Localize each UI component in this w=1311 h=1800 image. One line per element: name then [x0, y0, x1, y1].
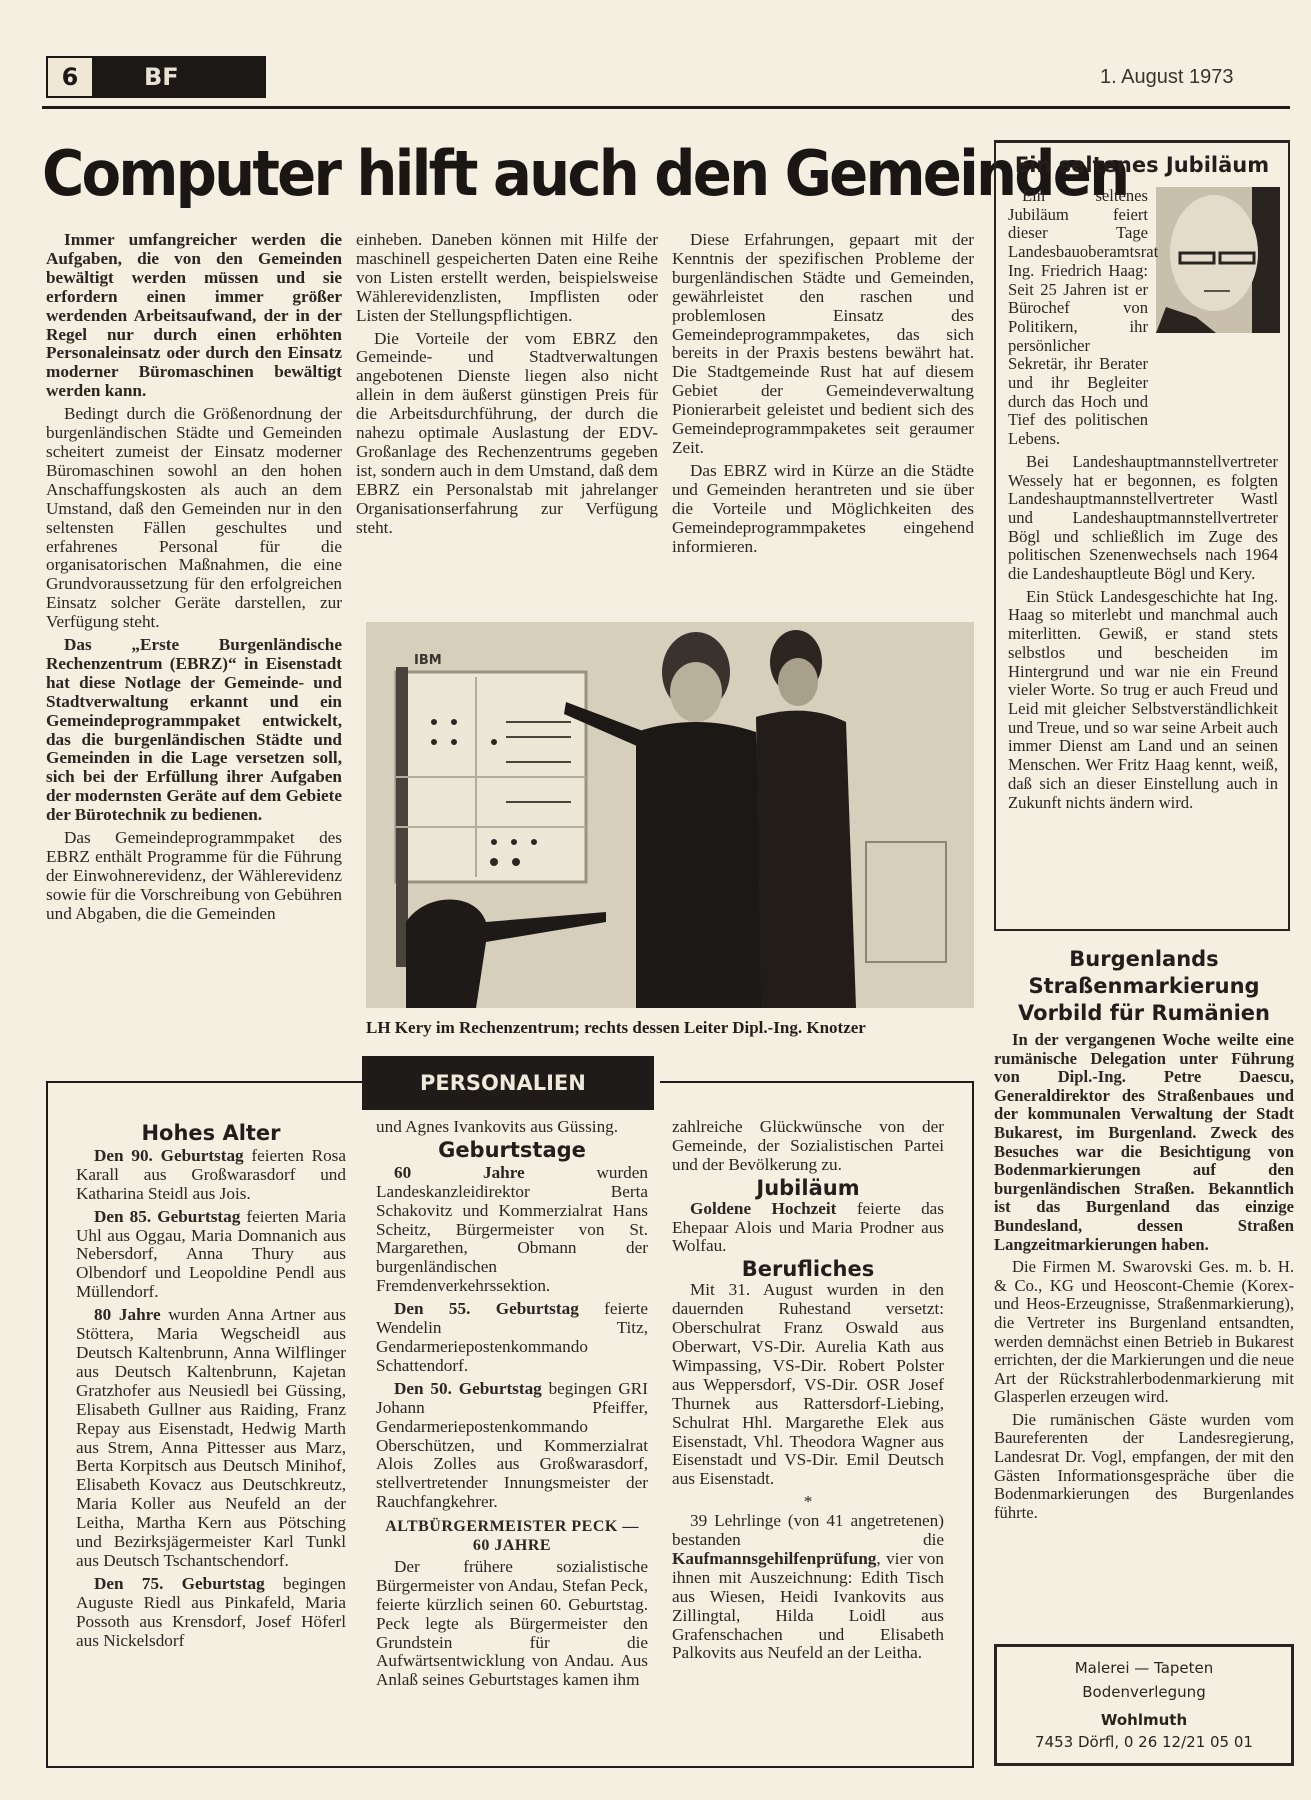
personalien-column-2: und Agnes Ivankovits aus Güssing. Geburt… — [376, 1118, 648, 1694]
article-column-1: Immer umfangreicher werden die Aufgaben,… — [46, 231, 342, 928]
label-85: Den 85. Geburtstag — [94, 1207, 240, 1226]
article-lead: Immer umfangreicher werden die Aufgaben,… — [46, 231, 342, 401]
advertisement-box: Malerei — Tapeten Bodenverlegung Wohlmut… — [994, 1644, 1294, 1766]
strassen-title: Burgenlands Straßenmarkierung Vorbild fü… — [994, 946, 1294, 1027]
article-column-2: einheben. Daneben können mit Hilfe der m… — [356, 231, 658, 542]
article-paragraph: Die Vorteile der vom EBRZ den Gemeinde- … — [356, 330, 658, 538]
separator-asterisk: * — [672, 1493, 944, 1512]
hohes-alter-title: Hohes Alter — [76, 1124, 346, 1143]
jubilaeum-paragraph: Bei Landeshauptmannstellvertreter Wessel… — [1008, 453, 1278, 584]
continued-text: zahlreiche Glückwünsche von der Gemeinde… — [672, 1118, 944, 1175]
text-lehrlinge: 39 Lehrlinge (von 41 angetretenen) besta… — [672, 1511, 944, 1549]
page-number: 6 — [48, 58, 92, 96]
jubilaeum-intro-part: Ein seltenes Jubiläum feiert dieser Tage… — [1008, 187, 1148, 449]
article-paragraph: einheben. Daneben können mit Hilfe der m… — [356, 231, 658, 326]
label-75: Den 75. Geburtstag — [94, 1574, 265, 1593]
personalien-banner: PERSONALIEN — [362, 1056, 654, 1110]
strassen-lead: In der vergangenen Woche weilte eine rum… — [994, 1031, 1294, 1254]
label-55: Den 55. Geburtstag — [394, 1299, 579, 1318]
section-code: BF — [144, 58, 179, 96]
photo-illustration: IBM — [366, 622, 974, 1008]
jubilaeum-box: Ein seltenes Jubiläum Ein seltenes Jubil… — [994, 140, 1290, 931]
personalien-border-left — [46, 1081, 48, 1767]
jubilaeum-title: Ein seltenes Jubiläum — [996, 153, 1288, 177]
ad-business-name: Wohlmuth — [997, 1711, 1291, 1729]
strassen-paragraph: Die Firmen M. Swarovski Ges. m. b. H. & … — [994, 1258, 1294, 1407]
computer-room-photo: IBM — [366, 622, 974, 1008]
peck-title: ALTBÜRGERMEISTER PECK — 60 JAHRE — [376, 1518, 648, 1556]
article-paragraph-bold: Das „Erste Burgenländische Rechenzentrum… — [46, 636, 342, 825]
ibm-logo: IBM — [414, 653, 442, 668]
label-60: 60 Jahre — [394, 1163, 525, 1182]
personalien-border-right — [972, 1081, 974, 1767]
ad-line-2: Bodenverlegung — [997, 1683, 1291, 1701]
label-90: Den 90. Geburtstag — [94, 1146, 244, 1165]
personalien-rule-left — [46, 1081, 362, 1083]
label-goldene-hochzeit: Goldene Hochzeit — [690, 1199, 836, 1218]
strassen-body: In der vergangenen Woche weilte eine rum… — [994, 1031, 1294, 1522]
jubilaeum-body: Ein seltenes Jubiläum feiert dieser Tage… — [1008, 187, 1278, 816]
jubilaeum-section-title: Jubiläum — [672, 1179, 944, 1198]
berufliches-title: Berufliches — [672, 1260, 944, 1279]
label-80: 80 Jahre — [94, 1305, 161, 1324]
geburtstage-title: Geburtstage — [376, 1141, 648, 1160]
article-paragraph: Bedingt durch die Größenordnung der burg… — [46, 405, 342, 632]
jubilaeum-paragraph: Ein Stück Landesgeschichte hat Ing. Haag… — [1008, 588, 1278, 812]
berufliches-paragraph: Mit 31. August wurden in den dauernden R… — [672, 1281, 944, 1489]
strassen-paragraph: Die rumänischen Gäste wurden vom Baurefe… — [994, 1411, 1294, 1523]
article-paragraph: Das EBRZ wird in Kürze an die Städte und… — [672, 462, 974, 557]
label-pruefung: Kaufmannsgehilfenprüfung — [672, 1549, 876, 1568]
issue-date: 1. August 1973 — [1100, 66, 1233, 89]
article-paragraph: Das Gemeindeprogrammpaket des EBRZ enthä… — [46, 829, 342, 924]
article-column-3: Diese Erfahrungen, gepaart mit der Kennt… — [672, 231, 974, 560]
header-rule — [42, 106, 1290, 109]
peck-text: Der frühere sozialistische Bürgermeister… — [376, 1558, 648, 1690]
ad-contact: 7453 Dörfl, 0 26 12/21 05 01 — [997, 1733, 1291, 1751]
personalien-rule-right — [660, 1081, 974, 1083]
text-80: wurden Anna Artner aus Stöttera, Maria W… — [76, 1305, 346, 1570]
photo-caption: LH Kery im Rechenzentrum; rechts dessen … — [366, 1018, 866, 1038]
article-paragraph: Diese Erfahrungen, gepaart mit der Kennt… — [672, 231, 974, 458]
page-header-box: 6 BF — [46, 56, 266, 98]
personalien-border-bottom — [46, 1766, 974, 1768]
continued-text: und Agnes Ivankovits aus Güssing. — [376, 1118, 648, 1137]
main-headline: Computer hilft auch den Gemeinden — [42, 132, 912, 216]
ad-line-1: Malerei — Tapeten — [997, 1659, 1291, 1677]
personalien-column-3: zahlreiche Glückwünsche von der Gemeinde… — [672, 1118, 944, 1667]
text-50: begingen GRI Johann Pfeiffer, Gendarmeri… — [376, 1379, 648, 1511]
personalien-column-1: Hohes Alter Den 90. Geburtstag feierten … — [76, 1118, 346, 1654]
label-50: Den 50. Geburtstag — [394, 1379, 542, 1398]
text-60: wurden Landeskanzleidirektor Berta Schak… — [376, 1163, 648, 1295]
strassenmarkierung-article: Burgenlands Straßenmarkierung Vorbild fü… — [994, 946, 1294, 1526]
